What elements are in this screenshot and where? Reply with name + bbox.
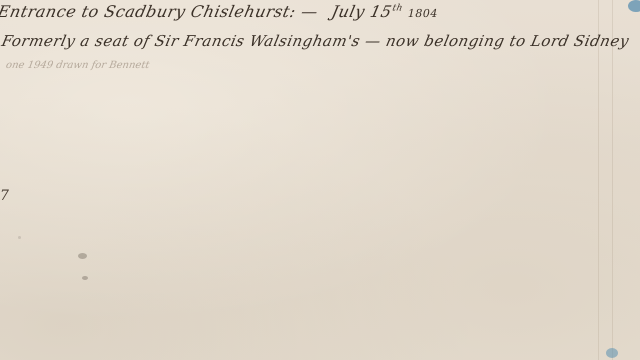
date-superscript: th	[391, 4, 404, 14]
paper-fold-line	[598, 0, 599, 360]
ink-stain	[82, 276, 88, 280]
pencil-annotation: one 1949 drawn for Bennett	[5, 60, 150, 71]
date-year: 1804	[406, 7, 439, 20]
caption-date: July 15th1804	[330, 2, 440, 21]
blue-corner-mark	[606, 348, 618, 358]
ink-stain	[18, 236, 21, 239]
blue-corner-mark	[628, 0, 640, 12]
margin-mark: 7	[0, 188, 9, 204]
caption-line-2: Formerly a seat of Sir Francis Walsingha…	[0, 32, 631, 50]
caption-line-1: Entrance to Scadbury Chislehurst: —July …	[0, 2, 440, 21]
paper-fold-line	[612, 0, 613, 360]
date-text: July 15	[330, 2, 394, 21]
paper-background	[0, 0, 640, 360]
caption-title: Entrance to Scadbury Chislehurst: —	[0, 2, 320, 21]
ink-stain	[78, 253, 87, 259]
